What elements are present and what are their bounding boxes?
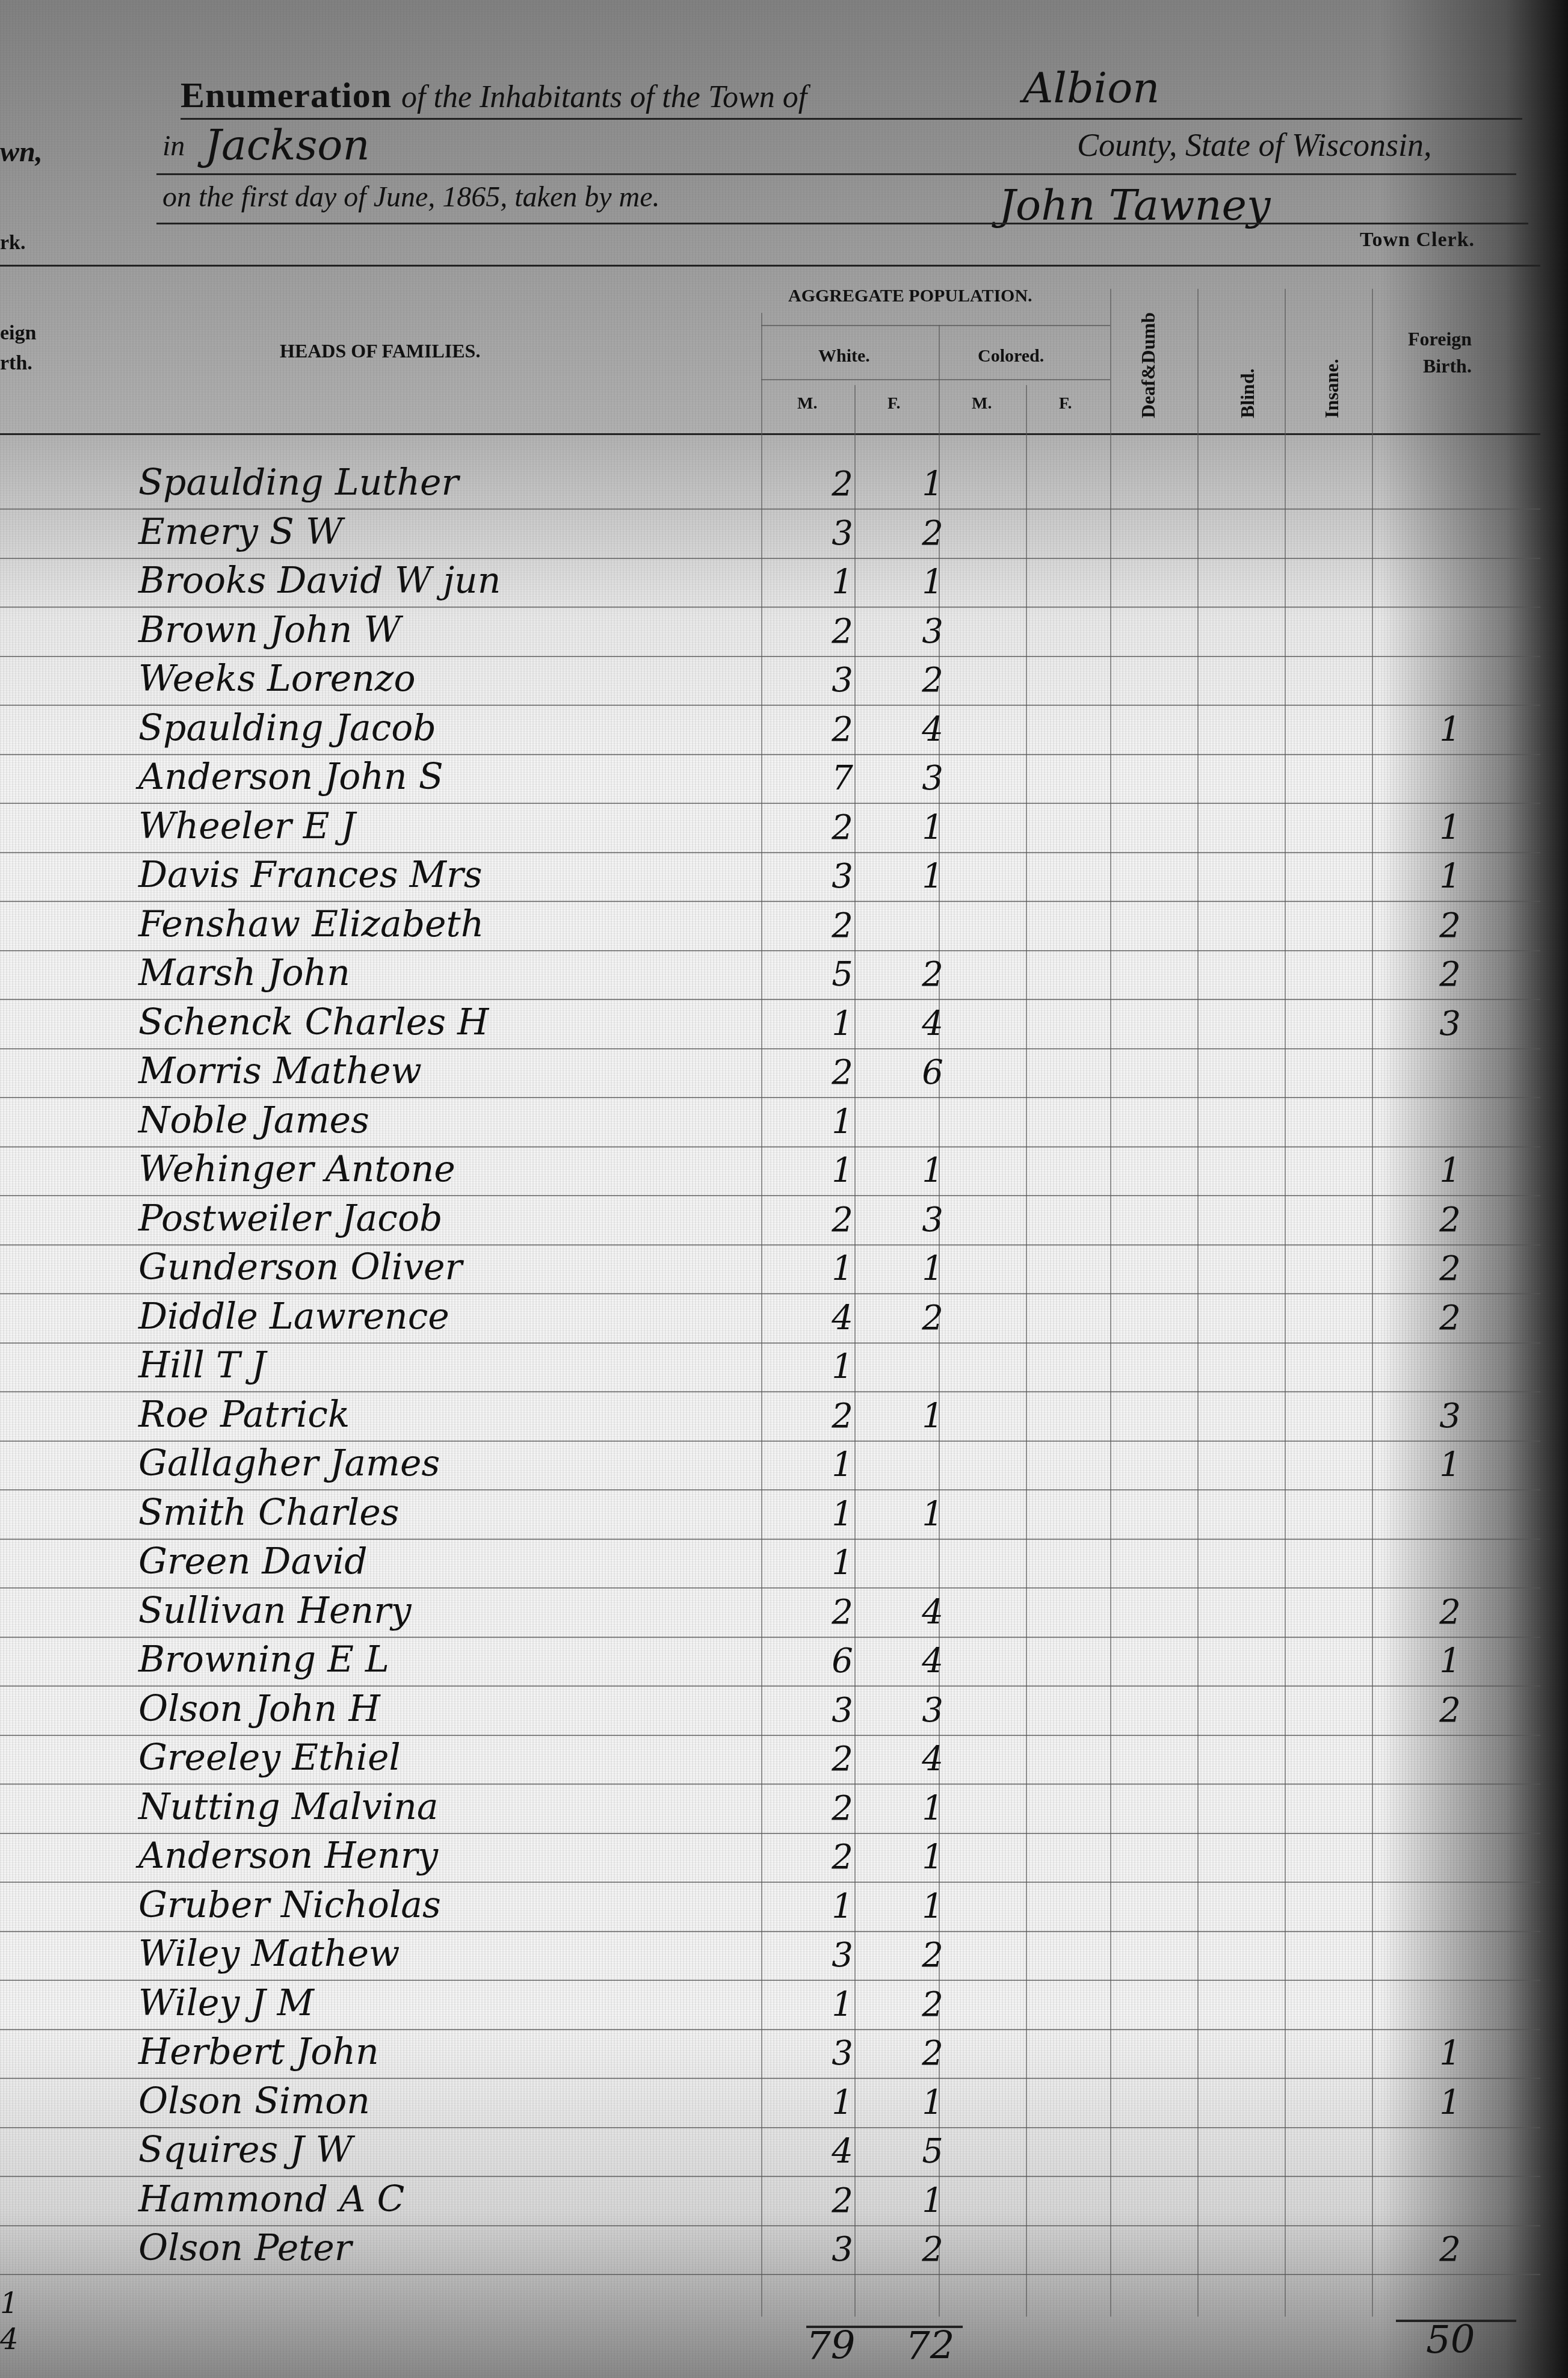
head-of-family-name: Noble James [138,1099,369,1141]
family-row: Weeks Lorenzo32 [0,656,1568,706]
white-male-count: 2 [824,1053,860,1092]
white-female-count: 1 [915,1397,951,1436]
foreign-birth-count: 2 [1432,1299,1468,1338]
white-male-count: 2 [824,1789,860,1828]
white-female-count: 2 [915,1299,951,1338]
white-female-count: 2 [915,2230,951,2269]
family-row: Brown John W23 [0,608,1568,657]
head-of-family-name: Wiley J M [138,1982,314,2024]
head-of-family-name: Nutting Malvina [138,1786,439,1828]
title-enumeration: Enumeration [181,75,392,115]
white-female-count: 4 [915,1641,951,1681]
aggregate-rule [761,325,1110,326]
white-male-count: 3 [824,857,860,896]
title-line: Enumeration of the Inhabitants of the To… [181,72,807,117]
white-female-count: 1 [915,2083,951,2122]
head-of-family-name: Anderson John S [138,756,443,798]
colored-header: Colored. [978,346,1044,366]
margin-fragment-foreign: eign [0,322,36,345]
head-of-family-name: Gunderson Oliver [138,1246,462,1288]
insane-header: Insane. [1321,359,1343,418]
white-male-count: 1 [824,1543,860,1583]
foreign-birth-count: 1 [1432,2034,1468,2073]
census-page: Enumeration of the Inhabitants of the To… [0,0,1568,2378]
family-row: Wiley J M12 [0,1981,1568,2030]
table-top-rule [0,265,1540,267]
family-row: Diddle Lawrence422 [0,1294,1568,1344]
head-of-family-name: Olson John H [138,1688,380,1730]
foreign-birth-count: 1 [1432,710,1468,749]
white-female-count: 1 [915,808,951,847]
blind-header: Blind. [1236,368,1259,418]
white-male-count: 1 [824,1004,860,1043]
white-male-count: 1 [824,1445,860,1484]
family-row: Hill T J1 [0,1343,1568,1392]
white-female-count: 2 [915,1936,951,1975]
white-male-count: 1 [824,1887,860,1926]
family-row: Sullivan Henry242 [0,1589,1568,1638]
head-of-family-name: Spaulding Luther [138,462,458,504]
margin-fragment-clerk: rk. [0,232,26,255]
white-female-count: 2 [915,1985,951,2024]
white-female-count: 2 [915,2034,951,2073]
head-of-family-name: Spaulding Jacob [138,707,436,749]
head-of-family-name: Greeley Ethiel [138,1737,401,1779]
family-row: Fenshaw Elizabeth22 [0,902,1568,951]
head-of-family-name: Anderson Henry [138,1835,438,1877]
head-of-family-name: Olson Simon [138,2080,370,2122]
foreign-birth-count: 2 [1432,955,1468,994]
white-male-count: 1 [824,1495,860,1534]
head-of-family-name: Fenshaw Elizabeth [138,903,484,945]
foreign-birth-count: 2 [1432,1593,1468,1632]
family-row: Olson John H332 [0,1687,1568,1736]
white-male-count: 2 [824,1838,860,1877]
head-of-family-name: Diddle Lawrence [138,1296,449,1338]
white-female-count: 3 [915,759,951,798]
header-bottom-rule [0,433,1540,435]
foreign-birth-count: 1 [1432,1151,1468,1190]
white-female-count: 2 [915,955,951,994]
white-male-count: 1 [824,1985,860,2024]
family-row: Davis Frances Mrs311 [0,853,1568,902]
white-male-header: M. [797,394,817,413]
white-female-count: 1 [915,857,951,896]
family-row: Emery S W32 [0,510,1568,559]
white-female-count: 3 [915,1200,951,1240]
white-colored-rule [761,379,1110,380]
white-male-count: 3 [824,1691,860,1730]
colored-female-header: F. [1059,394,1072,413]
white-male-count: 2 [824,1397,860,1436]
white-female-count: 2 [915,661,951,700]
white-female-count: 1 [915,1887,951,1926]
family-row: Gallagher James11 [0,1441,1568,1490]
white-male-count: 4 [824,2132,860,2171]
row-rule [0,2274,1540,2275]
head-of-family-name: Wheeler E J [138,805,356,847]
white-female-header: F. [887,394,901,413]
white-female-count: 2 [915,514,951,553]
family-row: Olson Peter322 [0,2226,1568,2275]
head-of-family-name: Browning E L [138,1638,389,1681]
head-of-family-name: Weeks Lorenzo [138,658,416,700]
white-male-count: 4 [824,1299,860,1338]
foreign-birth-count: 1 [1432,1445,1468,1484]
family-row: Squires J W45 [0,2128,1568,2177]
colored-male-header: M. [972,394,992,413]
white-male-count: 2 [824,465,860,504]
family-row: Postweiler Jacob232 [0,1196,1568,1246]
family-row: Brooks David W jun11 [0,558,1568,608]
white-male-count: 2 [824,808,860,847]
foreign-birth-count: 2 [1432,1249,1468,1288]
white-male-count: 2 [824,612,860,651]
foreign-header: Foreign [1408,328,1472,350]
family-row: Morris Mathew26 [0,1049,1568,1098]
family-row: Anderson John S73 [0,755,1568,804]
white-female-count: 1 [915,563,951,602]
head-of-family-name: Olson Peter [138,2227,352,2269]
white-male-count: 7 [824,759,860,798]
foreign-birth-count: 2 [1432,1691,1468,1730]
total-white-female: 72 [906,2324,954,2368]
white-male-count: 1 [824,563,860,602]
white-male-count: 2 [824,906,860,945]
foreign-birth-count: 2 [1432,2230,1468,2269]
birth-header: Birth. [1423,355,1472,377]
white-female-count: 3 [915,1691,951,1730]
white-male-count: 1 [824,2083,860,2122]
foreign-birth-count: 2 [1432,906,1468,945]
family-row: Hammond A C21 [0,2177,1568,2226]
white-male-count: 3 [824,1936,860,1975]
family-row: Wehinger Antone111 [0,1147,1568,1196]
white-male-count: 2 [824,710,860,749]
family-row: Wiley Mathew32 [0,1932,1568,1981]
family-row: Gunderson Oliver112 [0,1245,1568,1294]
head-of-family-name: Wehinger Antone [138,1148,455,1190]
family-row: Spaulding Jacob241 [0,706,1568,755]
white-female-count: 1 [915,1495,951,1534]
clerk-title: Town Clerk. [1360,229,1475,252]
head-of-family-name: Green David [138,1540,368,1583]
white-male-count: 1 [824,1249,860,1288]
family-row: Smith Charles11 [0,1490,1568,1540]
family-row: Greeley Ethiel24 [0,1735,1568,1785]
county-state: County, State of Wisconsin, [1077,126,1432,164]
head-of-family-name: Roe Patrick [138,1394,350,1436]
head-of-family-name: Schenck Charles H [138,1001,489,1043]
head-of-family-name: Hammond A C [138,2178,404,2220]
white-female-count: 1 [915,1249,951,1288]
white-female-count: 1 [915,1789,951,1828]
white-male-count: 1 [824,1347,860,1386]
head-of-family-name: Marsh John [138,952,350,994]
family-row: Green David1 [0,1539,1568,1589]
heads-of-families-header: HEADS OF FAMILIES. [280,340,480,362]
white-female-count: 3 [915,612,951,651]
white-female-count: 4 [915,1740,951,1779]
head-of-family-name: Emery S W [138,511,343,553]
white-male-count: 3 [824,514,860,553]
family-row: Roe Patrick213 [0,1392,1568,1442]
head-of-family-name: Gruber Nicholas [138,1884,441,1926]
family-row: Wheeler E J211 [0,804,1568,853]
margin-fragment-town: wn, [0,135,43,168]
family-row: Marsh John522 [0,951,1568,1000]
head-of-family-name: Postweiler Jacob [138,1197,442,1240]
foreign-birth-count: 1 [1432,857,1468,896]
family-row: Herbert John321 [0,2030,1568,2079]
white-female-count: 1 [915,1151,951,1190]
family-row: Anderson Henry21 [0,1833,1568,1883]
county-prefix: in [162,129,185,162]
head-of-family-name: Wiley Mathew [138,1933,400,1975]
white-male-count: 6 [824,1641,860,1681]
total-foreign-birth: 50 [1426,2318,1475,2362]
white-female-count: 1 [915,2181,951,2220]
foreign-birth-count: 3 [1432,1004,1468,1043]
town-name: Albion [1023,63,1159,113]
white-female-count: 6 [915,1053,951,1092]
foreign-birth-count: 1 [1432,1641,1468,1681]
head-of-family-name: Brown John W [138,609,401,651]
head-of-family-name: Davis Frances Mrs [138,854,482,896]
white-male-count: 3 [824,2230,860,2269]
head-of-family-name: Hill T J [138,1344,266,1386]
date-line: on the first day of June, 1865, taken by… [162,181,659,214]
header-rule-3 [156,223,1528,224]
head-of-family-name: Morris Mathew [138,1050,422,1092]
family-row: Schenck Charles H143 [0,1000,1568,1049]
head-of-family-name: Squires J W [138,2129,353,2171]
white-female-count: 5 [915,2132,951,2171]
white-male-count: 3 [824,2034,860,2073]
margin-fragment-birth: rth. [0,352,32,375]
foreign-birth-count: 2 [1432,1200,1468,1240]
white-male-count: 2 [824,1740,860,1779]
white-female-count: 4 [915,710,951,749]
white-female-count: 1 [915,1838,951,1877]
deaf-dumb-header: Deaf&Dumb [1137,312,1159,418]
family-row: Nutting Malvina21 [0,1785,1568,1834]
white-male-count: 2 [824,2181,860,2220]
margin-number-2: 4 [0,2323,19,2356]
white-male-count: 5 [824,955,860,994]
white-female-count: 4 [915,1593,951,1632]
white-header: White. [818,346,870,366]
total-white-male: 79 [806,2324,855,2368]
family-row: Noble James1 [0,1098,1568,1147]
white-male-count: 2 [824,1200,860,1240]
family-row: Browning E L641 [0,1637,1568,1687]
head-of-family-name: Brooks David W jun [138,560,501,602]
head-of-family-name: Gallagher James [138,1442,440,1484]
title-script: of the Inhabitants of the Town of [401,80,807,114]
aggregate-population-header: AGGREGATE POPULATION. [788,286,1032,306]
white-female-count: 4 [915,1004,951,1043]
white-male-count: 1 [824,1102,860,1141]
white-female-count: 1 [915,465,951,504]
head-of-family-name: Sullivan Henry [138,1590,412,1632]
family-row: Spaulding Luther21 [0,460,1568,510]
county-name: Jackson [205,120,370,170]
margin-number-1: 1 [0,2287,19,2320]
header-rule-2 [156,173,1516,175]
white-male-count: 1 [824,1151,860,1190]
foreign-birth-count: 1 [1432,2083,1468,2122]
foreign-birth-count: 3 [1432,1397,1468,1436]
family-row: Olson Simon111 [0,2079,1568,2128]
white-male-count: 3 [824,661,860,700]
head-of-family-name: Herbert John [138,2031,379,2073]
header-rule-1 [181,118,1522,120]
head-of-family-name: Smith Charles [138,1492,400,1534]
white-male-count: 2 [824,1593,860,1632]
family-row: Gruber Nicholas11 [0,1883,1568,1932]
foreign-birth-count: 1 [1432,808,1468,847]
